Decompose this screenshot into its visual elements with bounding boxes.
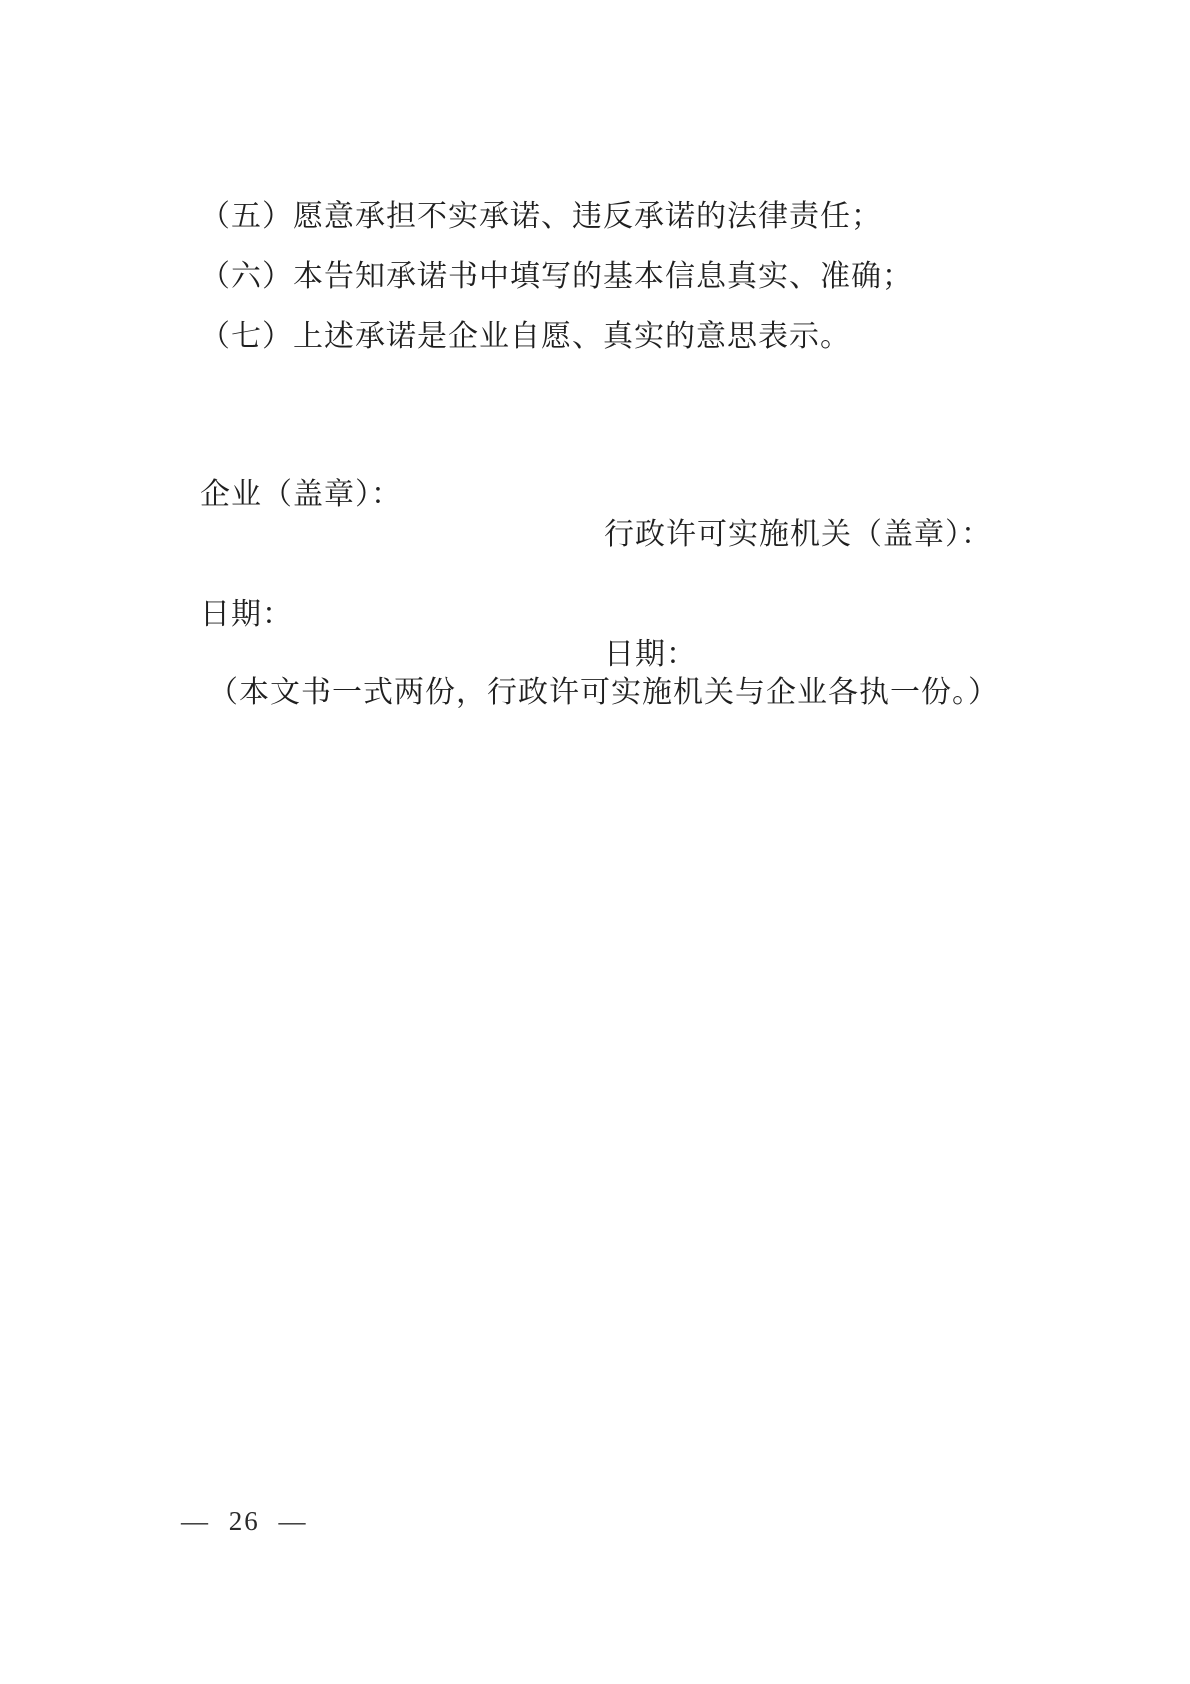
clause-item-7: （七）上述承诺是企业自愿、真实的意思表示。 xyxy=(200,317,851,357)
copies-note: （本文书一式两份，行政许可实施机关与企业各执一份。） xyxy=(208,673,999,713)
date-label-authority: 日期： xyxy=(604,635,697,675)
clause-item-6: （六）本告知承诺书中填写的基本信息真实、准确； xyxy=(200,257,913,297)
date-label-enterprise: 日期： xyxy=(200,595,293,635)
enterprise-seal-label: 企业（盖章）： xyxy=(200,475,402,515)
document-page: （五）愿意承担不实承诺、违反承诺的法律责任； （六）本告知承诺书中填写的基本信息… xyxy=(0,0,1190,1684)
page-number: — 26 — xyxy=(181,1506,308,1536)
licensing-authority-seal-label: 行政许可实施机关（盖章）： xyxy=(604,515,992,555)
clause-item-5: （五）愿意承担不实承诺、违反承诺的法律责任； xyxy=(200,197,882,237)
